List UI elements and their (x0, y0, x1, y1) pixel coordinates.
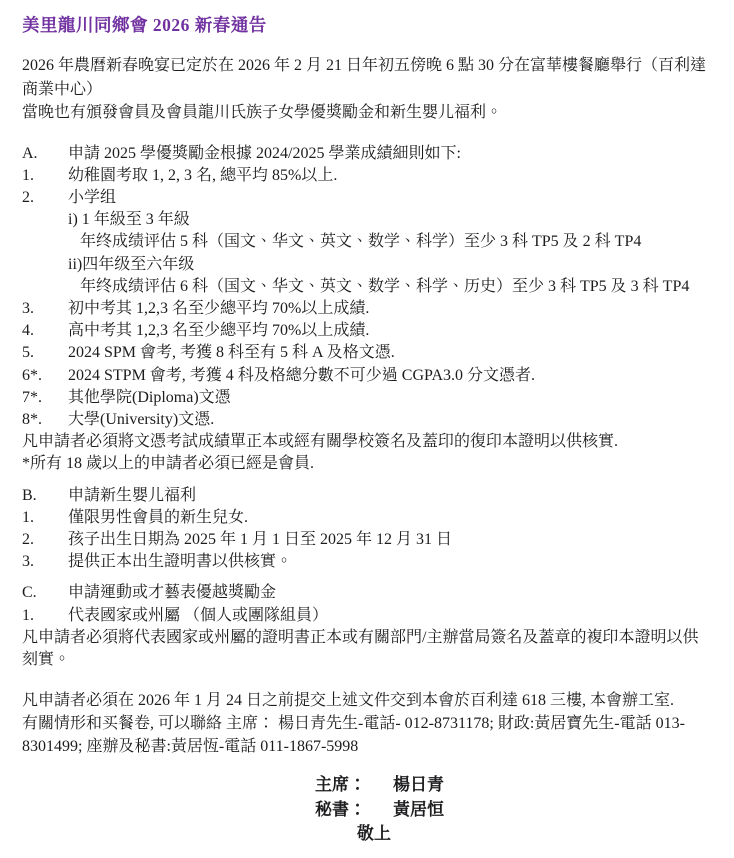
sub-item-detail: 年终成绩评估 6 科（国文、华文、英文、数学、科学、历史）至少 3 科 TP5 … (22, 276, 712, 298)
item-marker: 2. (22, 529, 68, 551)
signature-block: 主席： 楊日青 秘書： 黃居恒 敬上 (315, 773, 712, 847)
closing-paragraph: 凡申請者必須在 2026 年 1 月 24 日之前提交上述文件交到本會於百利達 … (22, 689, 712, 758)
page-title: 美里龍川同鄉會 2026 新春通告 (22, 12, 712, 38)
section-a-marker: A. (22, 143, 68, 165)
list-item: 1. 幼稚園考取 1, 2, 3 名, 總平均 85%以上. (22, 165, 712, 187)
item-marker: 6*. (22, 365, 68, 387)
item-marker: 3. (22, 551, 68, 573)
list-item: 2. 小学组 (22, 187, 712, 209)
item-text: 提供正本出生證明書以供核實。 (68, 551, 712, 573)
list-item: 7*. 其他學院(Diploma)文憑 (22, 387, 712, 409)
item-text: 初中考其 1,2,3 名至少總平均 70%以上成績. (68, 298, 712, 320)
section-c-heading: C. 申請運動或才藝表優越獎勵金 (22, 582, 712, 604)
item-marker: 3. (22, 298, 68, 320)
intro-paragraphs: 2026 年農曆新春晚宴已定於在 2026 年 2 月 21 日年初五傍晚 6 … (22, 54, 712, 125)
item-marker: 8*. (22, 409, 68, 431)
list-item: 4. 高中考其 1,2,3 名至少總平均 70%以上成績. (22, 320, 712, 342)
signature-secretary: 秘書： 黃居恒 (315, 798, 712, 823)
notice-document: 美里龍川同鄉會 2026 新春通告 2026 年農曆新春晚宴已定於在 2026 … (0, 0, 734, 847)
item-text: 代表國家或州屬 （個人或團隊組員） (68, 605, 712, 627)
item-text: 2024 SPM 會考, 考獲 8 科至有 5 科 A 及格文憑. (68, 342, 712, 364)
section-c-note: 凡申請者必須將代表國家或州屬的證明書正本或有關部門/主辦當局簽名及蓋章的複印本證… (22, 627, 712, 671)
sub-item: ii)四年级至六年级 (22, 254, 712, 276)
item-marker: 4. (22, 320, 68, 342)
item-marker: 2. (22, 187, 68, 209)
item-marker: 1. (22, 507, 68, 529)
chairman-label: 主席： (315, 773, 393, 798)
section-c-marker: C. (22, 582, 68, 604)
section-b-heading-text: 申請新生嬰儿福利 (68, 485, 712, 507)
item-text: 其他學院(Diploma)文憑 (68, 387, 712, 409)
secretary-name: 黃居恒 (393, 798, 444, 823)
list-item: 1. 僅限男性會員的新生兒女. (22, 507, 712, 529)
item-text: 僅限男性會員的新生兒女. (68, 507, 712, 529)
item-text: 小学组 (68, 187, 712, 209)
section-b-heading: B. 申請新生嬰儿福利 (22, 485, 712, 507)
section-a-note-1: 凡申請者必須將文憑考試成績單正本或經有關學校簽名及蓋印的復印本證明以供核實. (22, 431, 712, 453)
section-a: A. 申請 2025 學優獎勵金根據 2024/2025 學業成績細則如下: 1… (22, 143, 712, 476)
section-a-heading-text: 申請 2025 學優獎勵金根據 2024/2025 學業成績細則如下: (68, 143, 712, 165)
item-text: 孩子出生日期為 2025 年 1 月 1 日至 2025 年 12 月 31 日 (68, 529, 712, 551)
intro-line-1: 2026 年農曆新春晚宴已定於在 2026 年 2 月 21 日年初五傍晚 6 … (22, 54, 712, 101)
item-marker: 1. (22, 605, 68, 627)
section-c-heading-text: 申請運動或才藝表優越獎勵金 (68, 582, 712, 604)
item-text: 2024 STPM 會考, 考獲 4 科及格總分數不可少過 CGPA3.0 分文… (68, 365, 712, 387)
list-item: 8*. 大學(University)文憑. (22, 409, 712, 431)
signature-chairman: 主席： 楊日青 (315, 773, 712, 798)
item-marker: 5. (22, 342, 68, 364)
sub-item: i) 1 年級至 3 年級 (22, 209, 712, 231)
section-b: B. 申請新生嬰儿福利 1. 僅限男性會員的新生兒女. 2. 孩子出生日期為 2… (22, 485, 712, 574)
list-item: 3. 提供正本出生證明書以供核實。 (22, 551, 712, 573)
list-item: 3. 初中考其 1,2,3 名至少總平均 70%以上成績. (22, 298, 712, 320)
secretary-label: 秘書： (315, 798, 393, 823)
item-marker: 1. (22, 165, 68, 187)
item-text: 幼稚園考取 1, 2, 3 名, 總平均 85%以上. (68, 165, 712, 187)
list-item: 5. 2024 SPM 會考, 考獲 8 科至有 5 科 A 及格文憑. (22, 342, 712, 364)
section-a-heading: A. 申請 2025 學優獎勵金根據 2024/2025 學業成績細則如下: (22, 143, 712, 165)
list-item: 1. 代表國家或州屬 （個人或團隊組員） (22, 605, 712, 627)
section-c: C. 申請運動或才藝表優越獎勵金 1. 代表國家或州屬 （個人或團隊組員） 凡申… (22, 582, 712, 671)
signature-closing: 敬上 (315, 822, 712, 847)
closing-line-2: 有關情形和买餐卷, 可以聯絡 主席： 楊日青先生-電話- 012-8731178… (22, 712, 712, 758)
list-item: 6*. 2024 STPM 會考, 考獲 4 科及格總分數不可少過 CGPA3.… (22, 365, 712, 387)
item-text: 高中考其 1,2,3 名至少總平均 70%以上成績. (68, 320, 712, 342)
chairman-name: 楊日青 (393, 773, 444, 798)
intro-line-2: 當晚也有頒發會員及會員龍川氏族子女學優獎勵金和新生嬰儿福利。 (22, 101, 712, 125)
item-text: 大學(University)文憑. (68, 409, 712, 431)
list-item: 2. 孩子出生日期為 2025 年 1 月 1 日至 2025 年 12 月 3… (22, 529, 712, 551)
item-marker: 7*. (22, 387, 68, 409)
section-b-marker: B. (22, 485, 68, 507)
sub-item-detail: 年终成绩评估 5 科（国文、华文、英文、数学、科学）至少 3 科 TP5 及 2… (22, 231, 712, 253)
section-a-note-2: *所有 18 歲以上的申請者必須已經是會員. (22, 453, 712, 475)
closing-line-1: 凡申請者必須在 2026 年 1 月 24 日之前提交上述文件交到本會於百利達 … (22, 689, 712, 712)
